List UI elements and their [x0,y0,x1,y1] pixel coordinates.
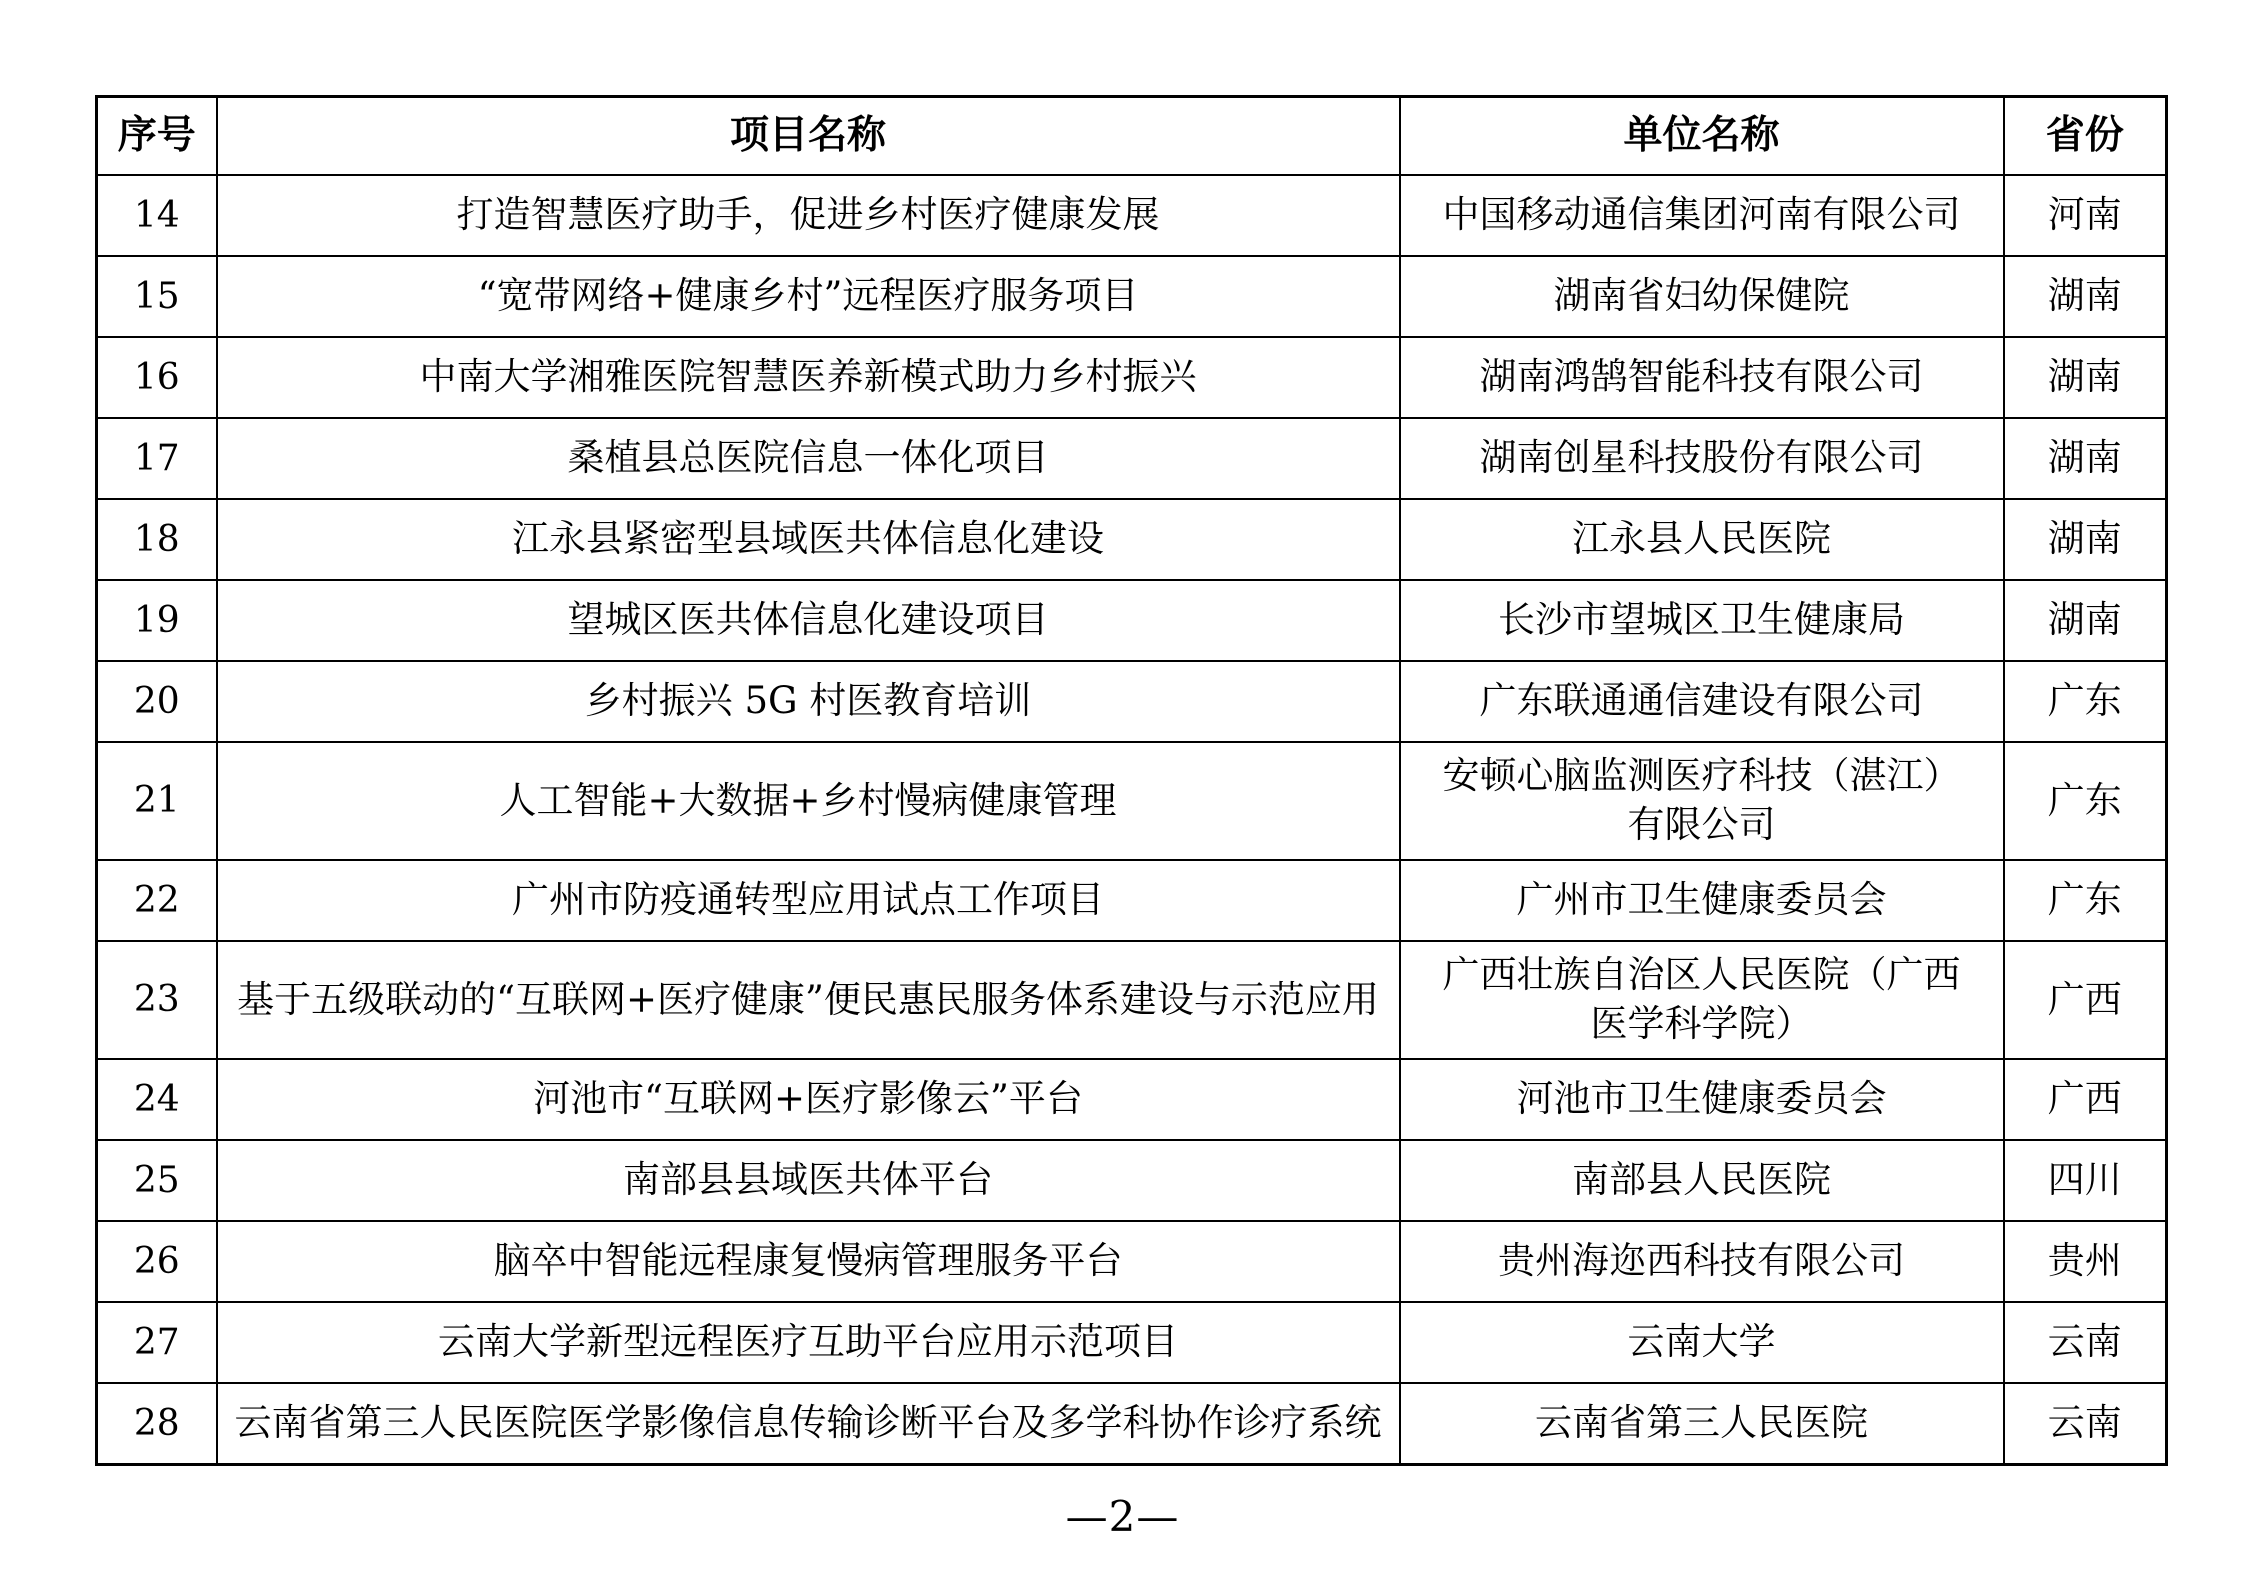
unit-name: 湖南鸿鹄智能科技有限公司 [1400,337,2004,418]
unit-name: 广州市卫生健康委员会 [1400,860,2004,941]
table-row: 24 河池市“互联网+医疗影像云”平台 河池市卫生健康委员会 广西 [97,1059,2167,1140]
column-header-index: 序号 [97,97,217,176]
unit-name: 长沙市望城区卫生健康局 [1400,580,2004,661]
table-row: 25 南部县县域医共体平台 南部县人民医院 四川 [97,1140,2167,1221]
table-row: 14 打造智慧医疗助手，促进乡村医疗健康发展 中国移动通信集团河南有限公司 河南 [97,175,2167,256]
province: 湖南 [2004,256,2167,337]
row-index: 28 [97,1383,217,1465]
table-body: 14 打造智慧医疗助手，促进乡村医疗健康发展 中国移动通信集团河南有限公司 河南… [97,175,2167,1465]
table-row: 15 “宽带网络+健康乡村”远程医疗服务项目 湖南省妇幼保健院 湖南 [97,256,2167,337]
table-row: 19 望城区医共体信息化建设项目 长沙市望城区卫生健康局 湖南 [97,580,2167,661]
project-name: 江永县紧密型县域医共体信息化建设 [217,499,1400,580]
project-name: 广州市防疫通转型应用试点工作项目 [217,860,1400,941]
project-name: 桑植县总医院信息一体化项目 [217,418,1400,499]
table-header-row: 序号 项目名称 单位名称 省份 [97,97,2167,176]
project-name: 打造智慧医疗助手，促进乡村医疗健康发展 [217,175,1400,256]
unit-name: 中国移动通信集团河南有限公司 [1400,175,2004,256]
column-header-unit: 单位名称 [1400,97,2004,176]
column-header-province: 省份 [2004,97,2167,176]
project-name: 南部县县域医共体平台 [217,1140,1400,1221]
unit-name: 广东联通通信建设有限公司 [1400,661,2004,742]
page-number: —2— [0,1492,2245,1541]
unit-name: 云南省第三人民医院 [1400,1383,2004,1465]
row-index: 26 [97,1221,217,1302]
province: 广东 [2004,742,2167,860]
table-row: 16 中南大学湘雅医院智慧医养新模式助力乡村振兴 湖南鸿鹄智能科技有限公司 湖南 [97,337,2167,418]
unit-name: 云南大学 [1400,1302,2004,1383]
table-row: 20 乡村振兴 5G 村医教育培训 广东联通通信建设有限公司 广东 [97,661,2167,742]
province: 湖南 [2004,418,2167,499]
table-row: 23 基于五级联动的“互联网+医疗健康”便民惠民服务体系建设与示范应用 广西壮族… [97,941,2167,1059]
unit-name: 安顿心脑监测医疗科技（湛江） 有限公司 [1400,742,2004,860]
table-row: 26 脑卒中智能远程康复慢病管理服务平台 贵州海迩西科技有限公司 贵州 [97,1221,2167,1302]
row-index: 27 [97,1302,217,1383]
table-row: 28 云南省第三人民医院医学影像信息传输诊断平台及多学科协作诊疗系统 云南省第三… [97,1383,2167,1465]
province: 贵州 [2004,1221,2167,1302]
row-index: 22 [97,860,217,941]
province: 云南 [2004,1383,2167,1465]
project-name: 中南大学湘雅医院智慧医养新模式助力乡村振兴 [217,337,1400,418]
province: 广东 [2004,860,2167,941]
row-index: 18 [97,499,217,580]
project-name: 人工智能+大数据+乡村慢病健康管理 [217,742,1400,860]
project-name: 脑卒中智能远程康复慢病管理服务平台 [217,1221,1400,1302]
province: 广西 [2004,1059,2167,1140]
province: 湖南 [2004,337,2167,418]
project-name: 云南省第三人民医院医学影像信息传输诊断平台及多学科协作诊疗系统 [217,1383,1400,1465]
province: 广西 [2004,941,2167,1059]
unit-name: 湖南省妇幼保健院 [1400,256,2004,337]
province: 云南 [2004,1302,2167,1383]
project-name: “宽带网络+健康乡村”远程医疗服务项目 [217,256,1400,337]
province: 湖南 [2004,499,2167,580]
project-name: 基于五级联动的“互联网+医疗健康”便民惠民服务体系建设与示范应用 [217,941,1400,1059]
column-header-project: 项目名称 [217,97,1400,176]
province: 河南 [2004,175,2167,256]
province: 四川 [2004,1140,2167,1221]
project-name: 望城区医共体信息化建设项目 [217,580,1400,661]
unit-name: 贵州海迩西科技有限公司 [1400,1221,2004,1302]
project-name: 云南大学新型远程医疗互助平台应用示范项目 [217,1302,1400,1383]
unit-name: 河池市卫生健康委员会 [1400,1059,2004,1140]
project-name: 河池市“互联网+医疗影像云”平台 [217,1059,1400,1140]
unit-name: 南部县人民医院 [1400,1140,2004,1221]
project-list-table: 序号 项目名称 单位名称 省份 14 打造智慧医疗助手，促进乡村医疗健康发展 中… [95,95,2168,1466]
row-index: 20 [97,661,217,742]
table-row: 21 人工智能+大数据+乡村慢病健康管理 安顿心脑监测医疗科技（湛江） 有限公司… [97,742,2167,860]
province: 湖南 [2004,580,2167,661]
table-row: 27 云南大学新型远程医疗互助平台应用示范项目 云南大学 云南 [97,1302,2167,1383]
table-row: 17 桑植县总医院信息一体化项目 湖南创星科技股份有限公司 湖南 [97,418,2167,499]
table-row: 22 广州市防疫通转型应用试点工作项目 广州市卫生健康委员会 广东 [97,860,2167,941]
row-index: 23 [97,941,217,1059]
row-index: 17 [97,418,217,499]
row-index: 16 [97,337,217,418]
unit-name: 广西壮族自治区人民医院（广西 医学科学院） [1400,941,2004,1059]
row-index: 24 [97,1059,217,1140]
row-index: 21 [97,742,217,860]
unit-name: 湖南创星科技股份有限公司 [1400,418,2004,499]
table-row: 18 江永县紧密型县域医共体信息化建设 江永县人民医院 湖南 [97,499,2167,580]
row-index: 15 [97,256,217,337]
row-index: 19 [97,580,217,661]
unit-name: 江永县人民医院 [1400,499,2004,580]
row-index: 14 [97,175,217,256]
project-name: 乡村振兴 5G 村医教育培训 [217,661,1400,742]
province: 广东 [2004,661,2167,742]
row-index: 25 [97,1140,217,1221]
